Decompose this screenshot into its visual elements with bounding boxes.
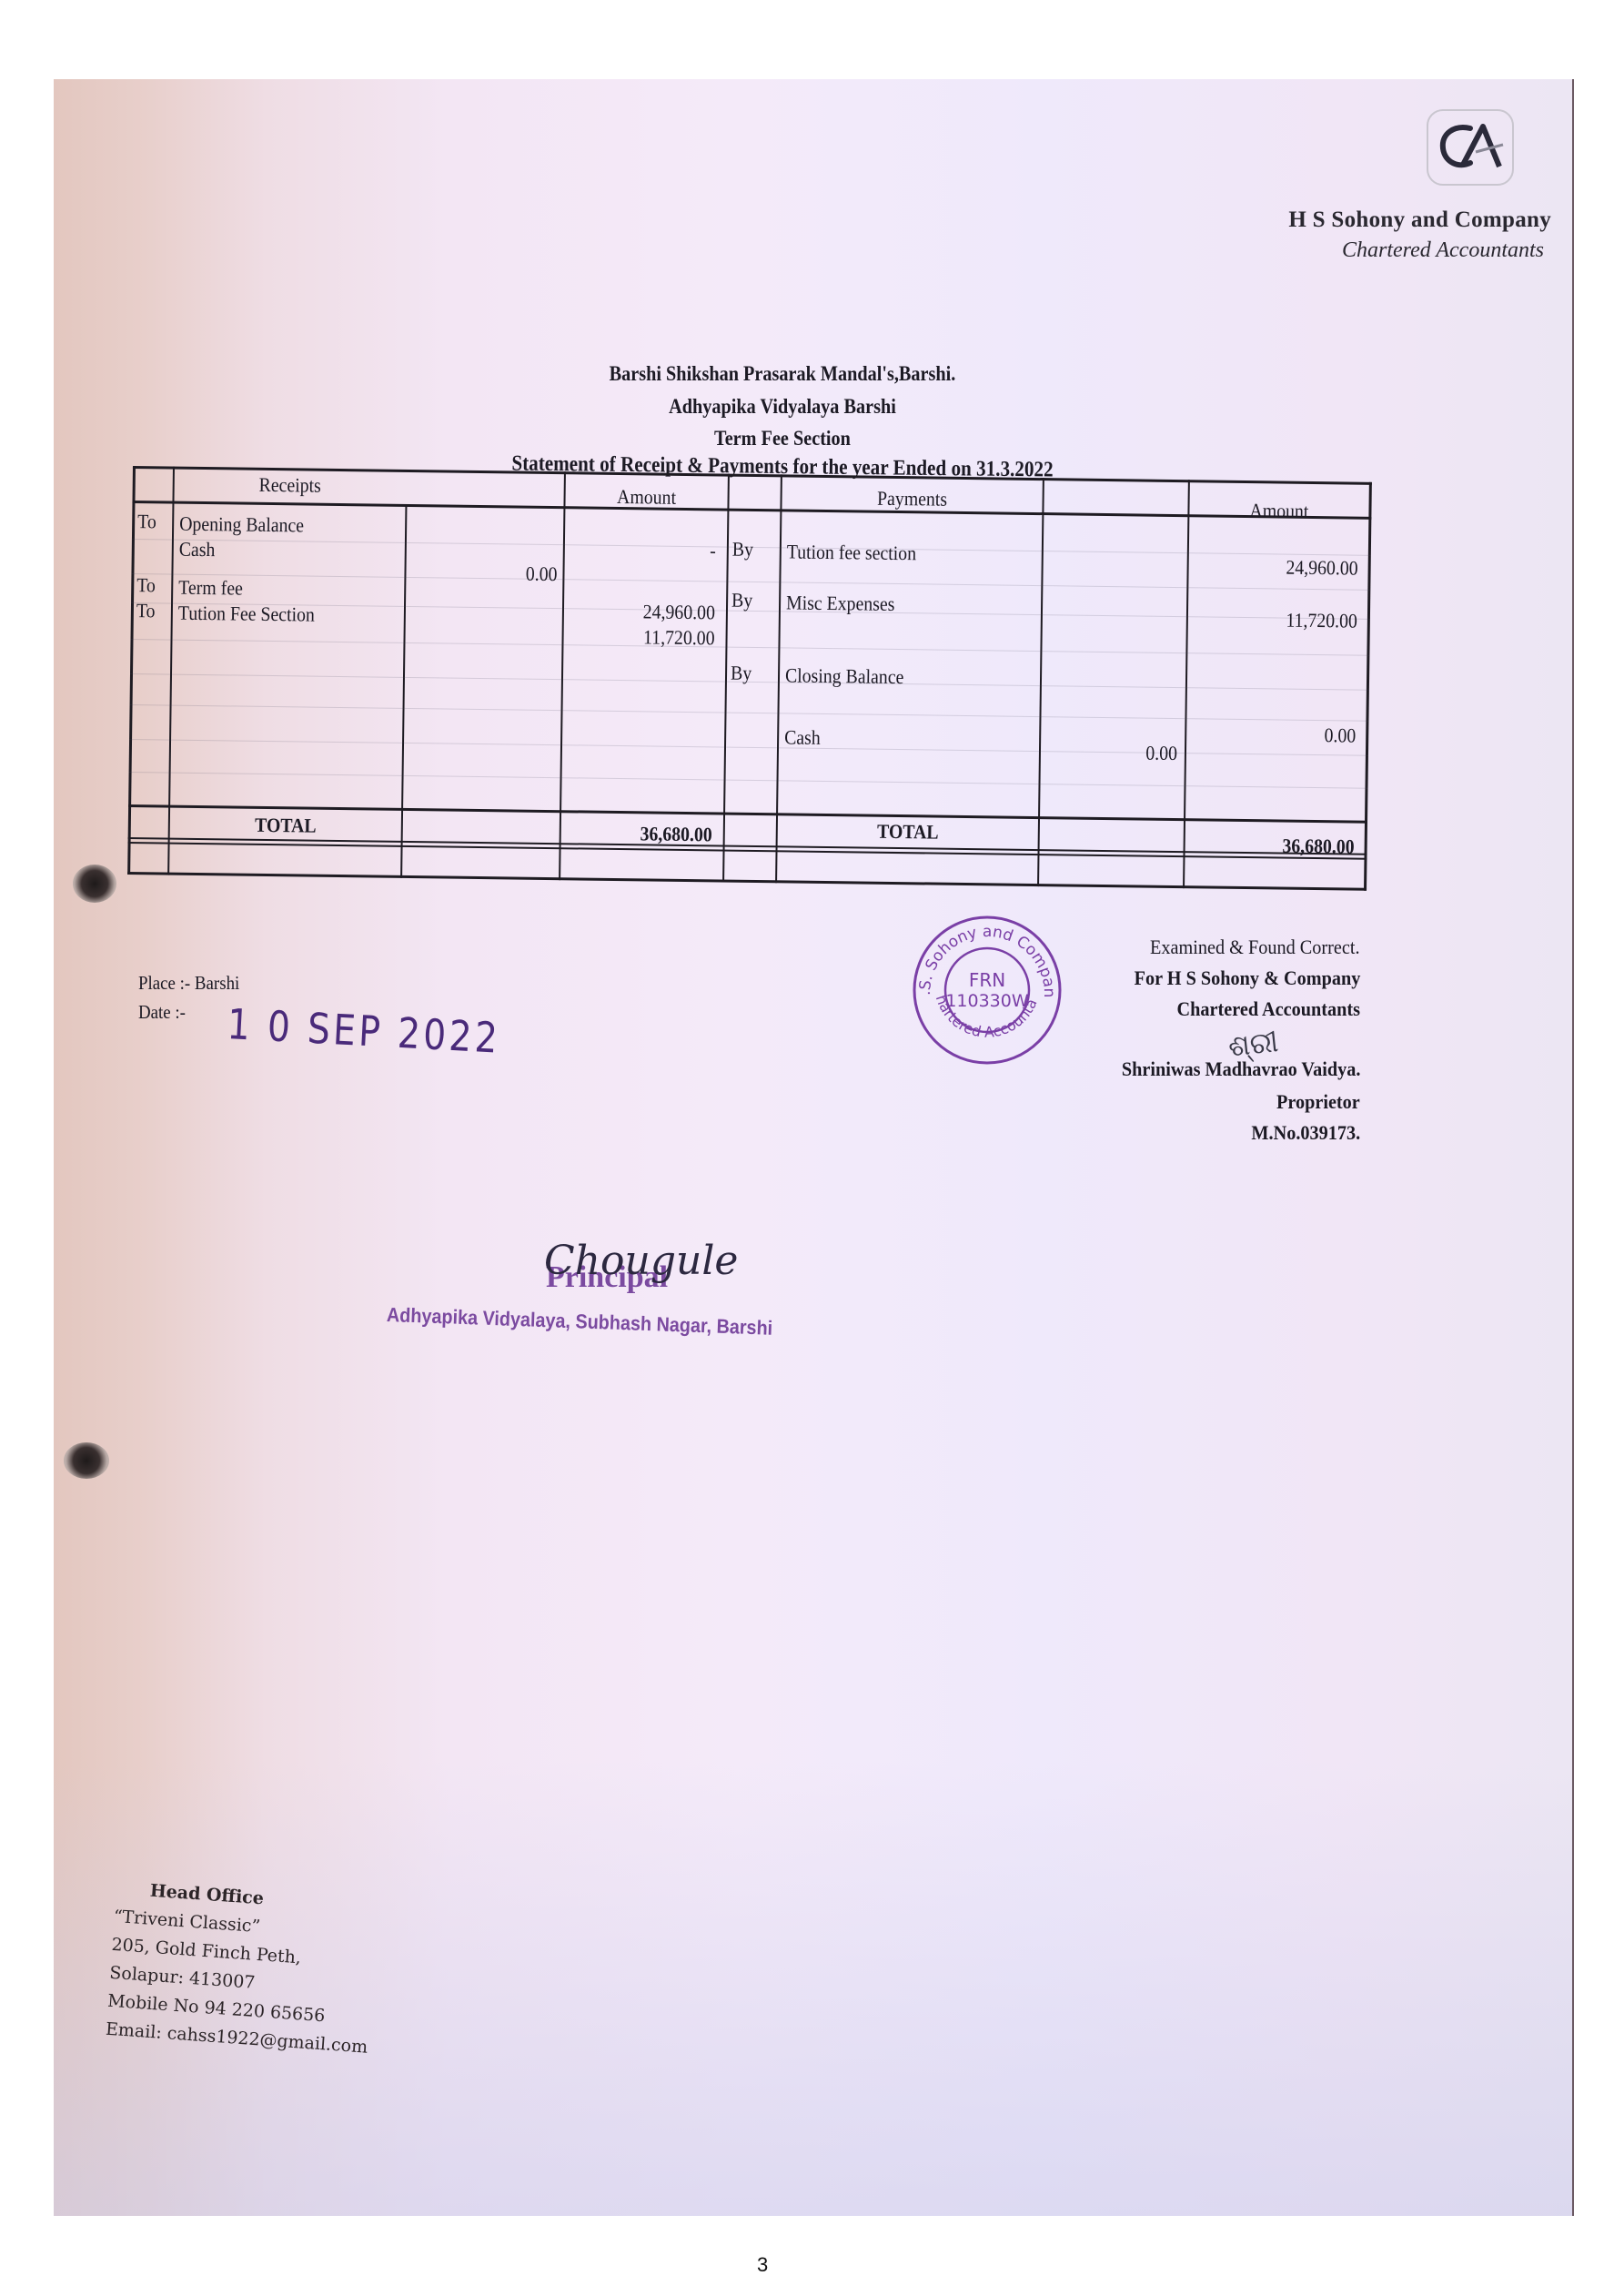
examined-note: Examined & Found Correct. [1151, 936, 1360, 959]
payment-sub-amount: 0.00 [1054, 740, 1177, 765]
header-receipts-amount: Amount [573, 484, 720, 510]
membership-number: M.No.039173. [1251, 1121, 1360, 1145]
receipt-sub-amount: 0.00 [419, 561, 558, 586]
header-receipts: Receipts [186, 472, 394, 499]
for-firm: For H S Sohony & Company [1134, 966, 1360, 990]
org-name: Barshi Shikshan Prasarak Mandal's,Barshi… [462, 362, 1103, 386]
date-label: Date :- [138, 1001, 186, 1024]
receipt-prefix: To [137, 510, 156, 533]
payments-total-label: TOTAL [791, 819, 1025, 845]
svg-text:FRN: FRN [969, 969, 1005, 991]
header-payments-amount: Amount [1198, 498, 1360, 523]
payment-amount: 0.00 [1204, 722, 1357, 747]
payment-amount: 11,720.00 [1205, 607, 1357, 632]
ca-logo [1427, 109, 1514, 186]
receipt-particular: Opening Balance [179, 512, 304, 538]
receipt-amount: - [580, 537, 716, 562]
place-line: Place :- Barshi [138, 972, 239, 995]
page-number: 3 [757, 2253, 768, 2277]
receipt-particular: Term fee [178, 576, 243, 601]
svg-text:110330W: 110330W [945, 991, 1029, 1011]
payment-particular: Closing Balance [785, 663, 904, 689]
payment-particular: Tution fee section [787, 540, 917, 565]
payment-prefix: By [731, 662, 751, 685]
binding-hole-bottom [64, 1442, 109, 1479]
principal-signature: Chougule [544, 1238, 738, 1284]
place-value: Barshi [195, 972, 239, 994]
receipt-prefix: To [136, 573, 156, 597]
receipts-total: 36,680.00 [576, 821, 712, 846]
firm-subtitle: Chartered Accountants [1342, 238, 1544, 263]
binding-hole-top [73, 865, 116, 903]
place-label: Place :- [138, 972, 190, 994]
header-payments: Payments [795, 486, 1030, 512]
receipts-total-label: TOTAL [181, 813, 389, 839]
receipt-amount: 24,960.00 [579, 599, 715, 624]
payment-prefix: By [731, 589, 752, 612]
payment-amount: 24,960.00 [1205, 554, 1358, 580]
payment-particular: Misc Expenses [786, 591, 895, 616]
receipt-particular: Cash [179, 538, 216, 562]
payments-total: 36,680.00 [1202, 833, 1355, 858]
ca-logo-icon [1436, 119, 1505, 176]
receipt-amount: 11,720.00 [579, 624, 715, 650]
receipt-particular: Tution Fee Section [178, 602, 315, 627]
section-name: Term Fee Section [462, 427, 1103, 450]
payment-prefix: By [732, 538, 753, 561]
institution-name: Adhyapika Vidyalaya Barshi [462, 395, 1103, 419]
firm-designation: Chartered Accountants [1177, 997, 1360, 1021]
payment-particular: Cash [784, 725, 821, 750]
receipts-payments-table: Receipts Amount Payments Amount To Openi… [127, 466, 1372, 910]
firm-name: H S Sohony and Company [1288, 207, 1551, 233]
auditor-name: Shriniwas Madhavrao Vaidya. [1121, 1057, 1360, 1081]
head-office-block: Head Office “Triveni Classic” 205, Gold … [105, 1875, 378, 2062]
ca-seal-stamp: H.S. Sohony and Company Chartered Accoun… [910, 910, 1064, 1065]
auditor-designation: Proprietor [1276, 1090, 1360, 1114]
receipt-prefix: To [136, 599, 156, 622]
